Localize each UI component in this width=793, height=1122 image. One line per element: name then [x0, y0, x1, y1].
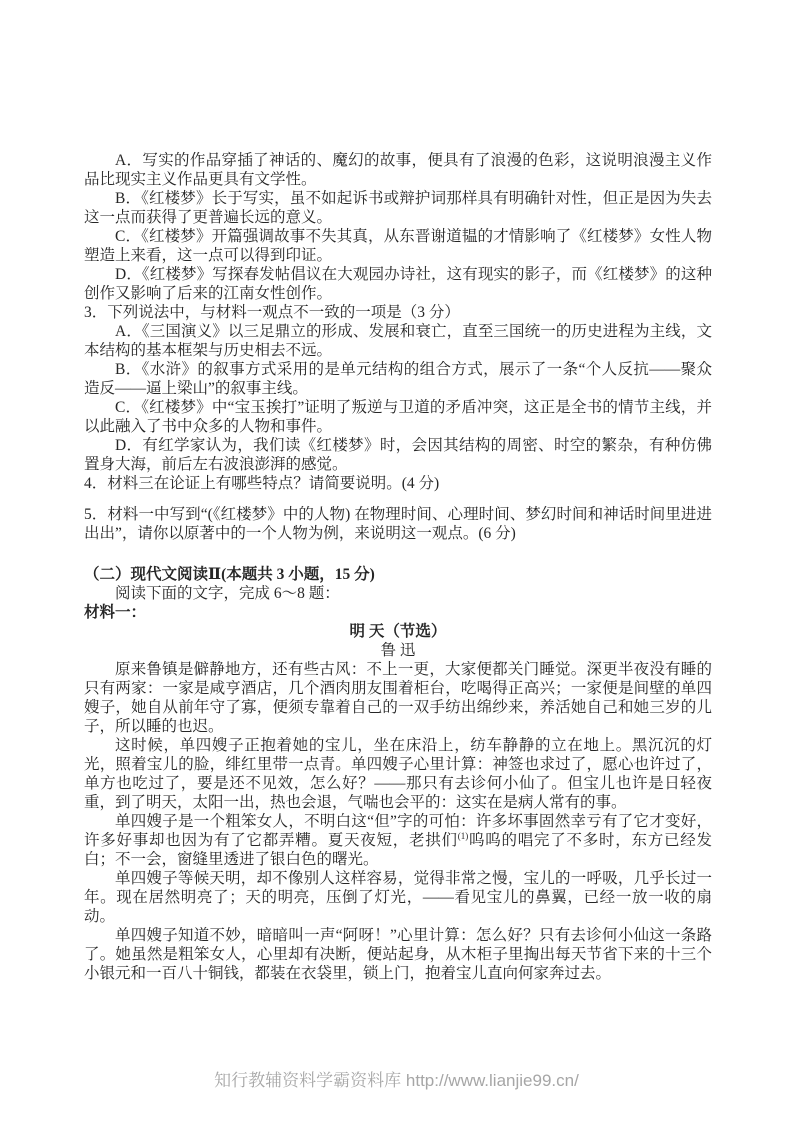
q2-option-d: D．《红楼梦》写探春发帖倡议在大观园办诗社，这有现实的影子，而《红楼梦》的这种创…: [84, 265, 712, 303]
q3-option-b: B．《水浒》的叙事方式采用的是单元结构的组合方式，展示了一条“个人反抗——聚众造…: [84, 360, 712, 398]
passage-author: 鲁 迅: [84, 641, 712, 660]
passage-paragraph-3: 单四嫂子是一个粗笨女人，不明白这“但”字的可怕：许多坏事固然幸亏有了它才变好，许…: [84, 812, 712, 869]
footnote-marker: (1): [458, 831, 469, 841]
q2-option-c: C．《红楼梦》开篇强调故事不失其真，从东晋谢道韫的才情影响了《红楼梦》女性人物塑…: [84, 227, 712, 265]
section-2-header: （二）现代文阅读Ⅱ(本题共 3 小题，15 分): [84, 565, 712, 584]
footer-watermark: 知行教辅资料学霸资料库 http://www.lianjie99.cn/: [0, 1066, 793, 1091]
question-5-stem: 5．材料一中写到“(《红楼梦》中的人物) 在物理时间、心理时间、梦幻时间和神话时…: [84, 505, 712, 543]
question-3-stem: 3．下列说法中，与材料一观点不一致的一项是（3 分）: [84, 303, 712, 322]
section-2-instruction: 阅读下面的文字，完成 6～8 题：: [84, 584, 712, 603]
material-1-label: 材料一：: [84, 603, 712, 622]
question-4-stem: 4．材料三在论证上有哪些特点？请简要说明。(4 分): [84, 474, 712, 493]
passage-title: 明 天（节选）: [84, 622, 712, 641]
exam-page: A．写实的作品穿插了神话的、魔幻的故事，便具有了浪漫的色彩，这说明浪漫主义作品比…: [84, 151, 712, 983]
q3-option-a: A．《三国演义》以三足鼎立的形成、发展和衰亡，直至三国统一的历史进程为主线，文本…: [84, 322, 712, 360]
passage-paragraph-5: 单四嫂子知道不妙，暗暗叫一声“阿呀！”心里计算：怎么好？只有去诊何小仙这一条路了…: [84, 926, 712, 983]
q2-option-b: B．《红楼梦》长于写实，虽不如起诉书或辩护词那样具有明确针对性，但正是因为失去这…: [84, 189, 712, 227]
passage-paragraph-2: 这时候，单四嫂子正抱着她的宝儿，坐在床沿上，纺车静静的立在地上。黑沉沉的灯光，照…: [84, 736, 712, 812]
passage-paragraph-4: 单四嫂子等候天明，却不像别人这样容易，觉得非常之慢，宝儿的一呼吸，几乎长过一年。…: [84, 869, 712, 926]
q3-option-c: C．《红楼梦》中“宝玉挨打”证明了叛逆与卫道的矛盾冲突，这正是全书的情节主线，并…: [84, 398, 712, 436]
passage-paragraph-1: 原来鲁镇是僻静地方，还有些古风：不上一更，大家便都关门睡觉。深更半夜没有睡的只有…: [84, 660, 712, 736]
q3-option-d: D．有红学家认为，我们读《红楼梦》时，会因其结构的周密、时空的繁杂，有种仿佛置身…: [84, 436, 712, 474]
q2-option-a: A．写实的作品穿插了神话的、魔幻的故事，便具有了浪漫的色彩，这说明浪漫主义作品比…: [84, 151, 712, 189]
